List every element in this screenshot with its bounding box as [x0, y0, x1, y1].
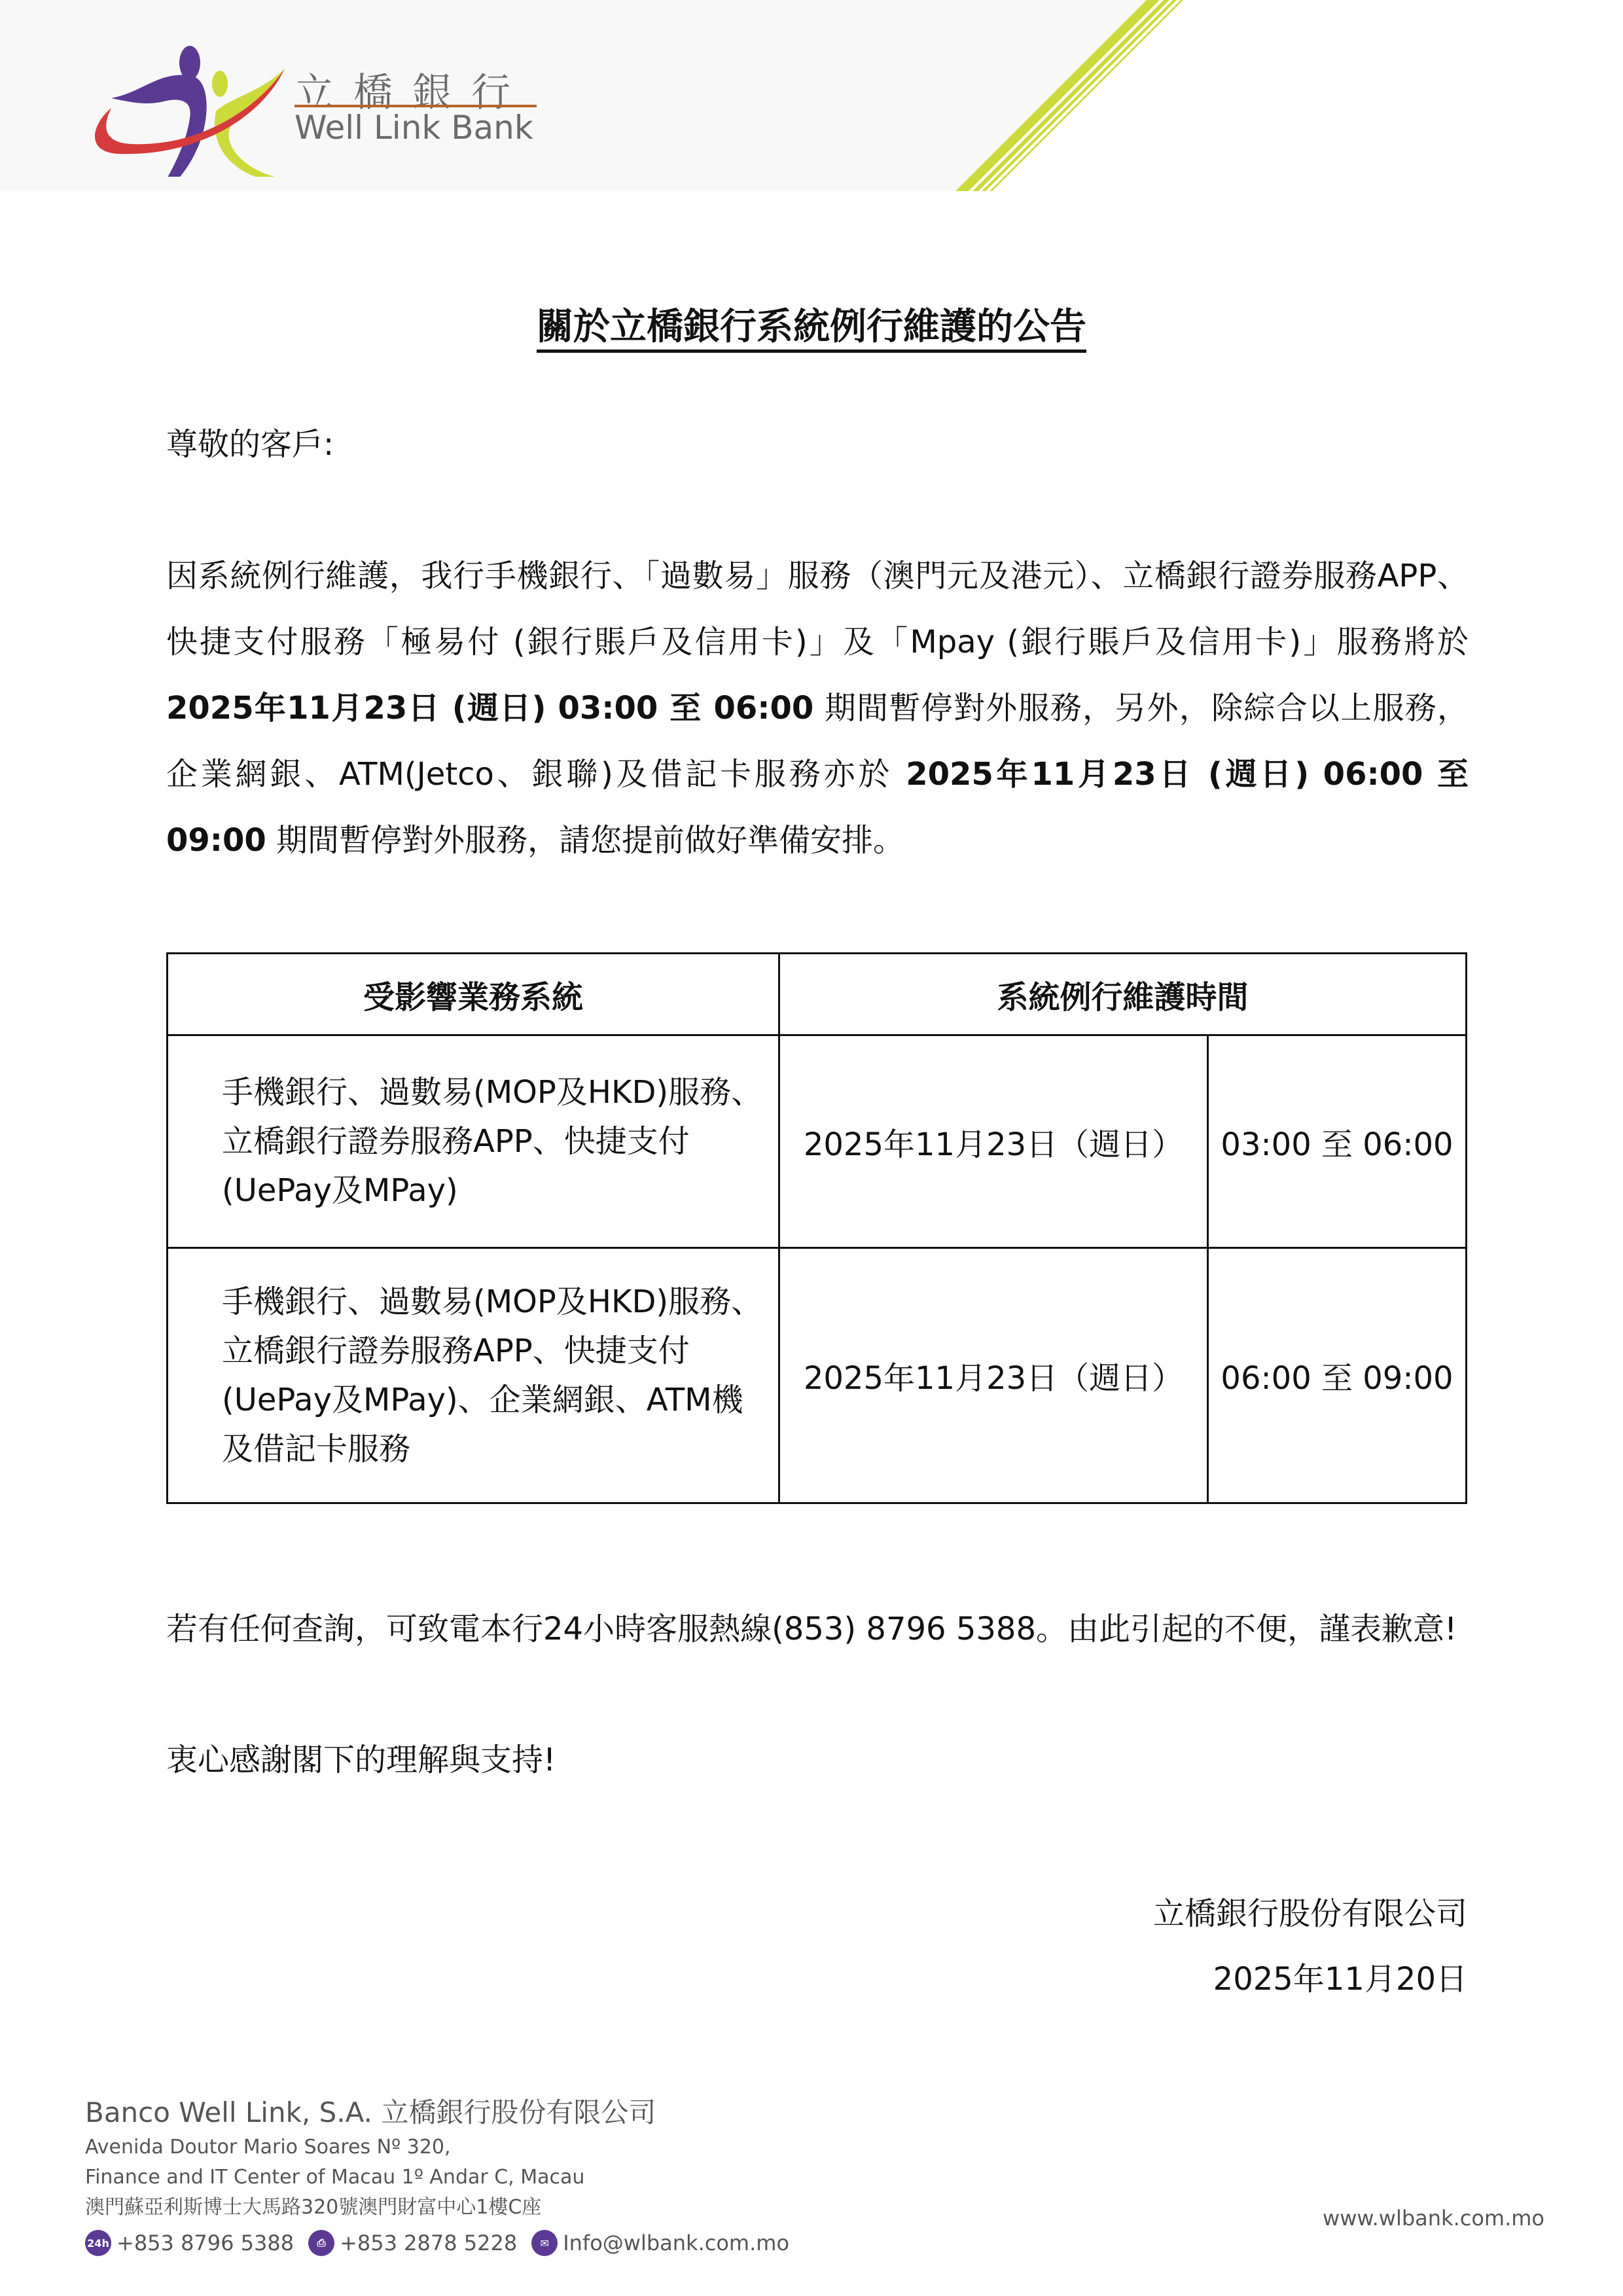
mail-icon: ✉: [531, 2230, 558, 2256]
phone-number: +853 8796 5388: [116, 2231, 294, 2255]
footer-address-line-2: Finance and IT Center of Macau 1º Andar …: [85, 2164, 804, 2191]
thanks-line: 衷心感謝閣下的理解與支持!: [166, 1734, 556, 1780]
table-header-row: 受影響業務系統 系統例行維護時間: [168, 954, 1467, 1035]
contact-line: 若有任何查詢，可致電本行24小時客服熱線(853) 8796 5388。由此引起…: [166, 1604, 1457, 1649]
footer: Banco Well Link, S.A. 立橋銀行股份有限公司 Avenida…: [85, 2091, 804, 2256]
notice-paragraph: 因系統例行維護，我行手機銀行、「過數易」服務（澳門元及港元）、立橋銀行證券服務A…: [166, 543, 1469, 874]
email-address[interactable]: Info@wlbank.com.mo: [563, 2231, 789, 2255]
greeting: 尊敬的客戶:: [166, 419, 334, 464]
logo-divider: [294, 105, 537, 107]
table-row: 手機銀行、過數易(MOP及HKD)服務、立橋銀行證券服務APP、快捷支付(UeP…: [168, 1248, 1467, 1503]
fax-icon: ⎙: [308, 2230, 334, 2256]
paragraph-text-1: 因系統例行維護，我行手機銀行、「過數易」服務（澳門元及港元）、立橋銀行證券服務A…: [166, 558, 1469, 660]
signature: 立橋銀行股份有限公司: [1153, 1888, 1467, 1933]
notice-title-text: 關於立橋銀行系統例行維護的公告: [537, 306, 1086, 353]
footer-address-chinese: 澳門蘇亞利斯博士大馬路320號澳門財富中心1樓C座: [85, 2195, 804, 2221]
footer-email: ✉ Info@wlbank.com.mo: [531, 2230, 789, 2256]
paragraph-text-3: 期間暫停對外服務，請您提前做好準備安排。: [266, 822, 904, 859]
24h-phone-icon: 24h: [85, 2230, 111, 2256]
affected-systems-cell: 手機銀行、過數易(MOP及HKD)服務、立橋銀行證券服務APP、快捷支付(UeP…: [168, 1035, 779, 1248]
maintenance-window-1: 2025年11月23日 (週日) 03:00 至 06:00: [166, 690, 813, 726]
footer-contacts: 24h +853 8796 5388 ⎙ +853 2878 5228 ✉ In…: [85, 2230, 804, 2256]
maintenance-schedule-table: 受影響業務系統 系統例行維護時間 手機銀行、過數易(MOP及HKD)服務、立橋銀…: [166, 952, 1467, 1504]
header-maintenance-time: 系統例行維護時間: [779, 954, 1467, 1035]
footer-company-name: Banco Well Link, S.A. 立橋銀行股份有限公司: [85, 2091, 804, 2130]
issue-date: 2025年11月20日: [1213, 1954, 1467, 1999]
affected-systems-cell: 手機銀行、過數易(MOP及HKD)服務、立橋銀行證券服務APP、快捷支付(UeP…: [168, 1248, 779, 1503]
table-row: 手機銀行、過數易(MOP及HKD)服務、立橋銀行證券服務APP、快捷支付(UeP…: [168, 1035, 1467, 1248]
header-affected-systems: 受影響業務系統: [168, 954, 779, 1035]
footer-phone: 24h +853 8796 5388: [85, 2230, 294, 2256]
footer-website[interactable]: www.wlbank.com.mo: [1323, 2206, 1544, 2231]
time-cell: 03:00 至 06:00: [1208, 1035, 1467, 1248]
date-cell: 2025年11月23日（週日）: [779, 1035, 1208, 1248]
footer-address-line-1: Avenida Doutor Mario Soares Nº 320,: [85, 2134, 804, 2161]
time-cell: 06:00 至 09:00: [1208, 1248, 1467, 1503]
date-cell: 2025年11月23日（週日）: [779, 1248, 1208, 1503]
header-band: 立橋銀行 Well Link Bank: [0, 0, 1623, 191]
fax-number: +853 2878 5228: [340, 2231, 517, 2255]
notice-title: 關於立橋銀行系統例行維護的公告: [0, 298, 1623, 350]
logo-english-name: Well Link Bank: [294, 109, 533, 147]
footer-fax: ⎙ +853 2878 5228: [308, 2230, 517, 2256]
